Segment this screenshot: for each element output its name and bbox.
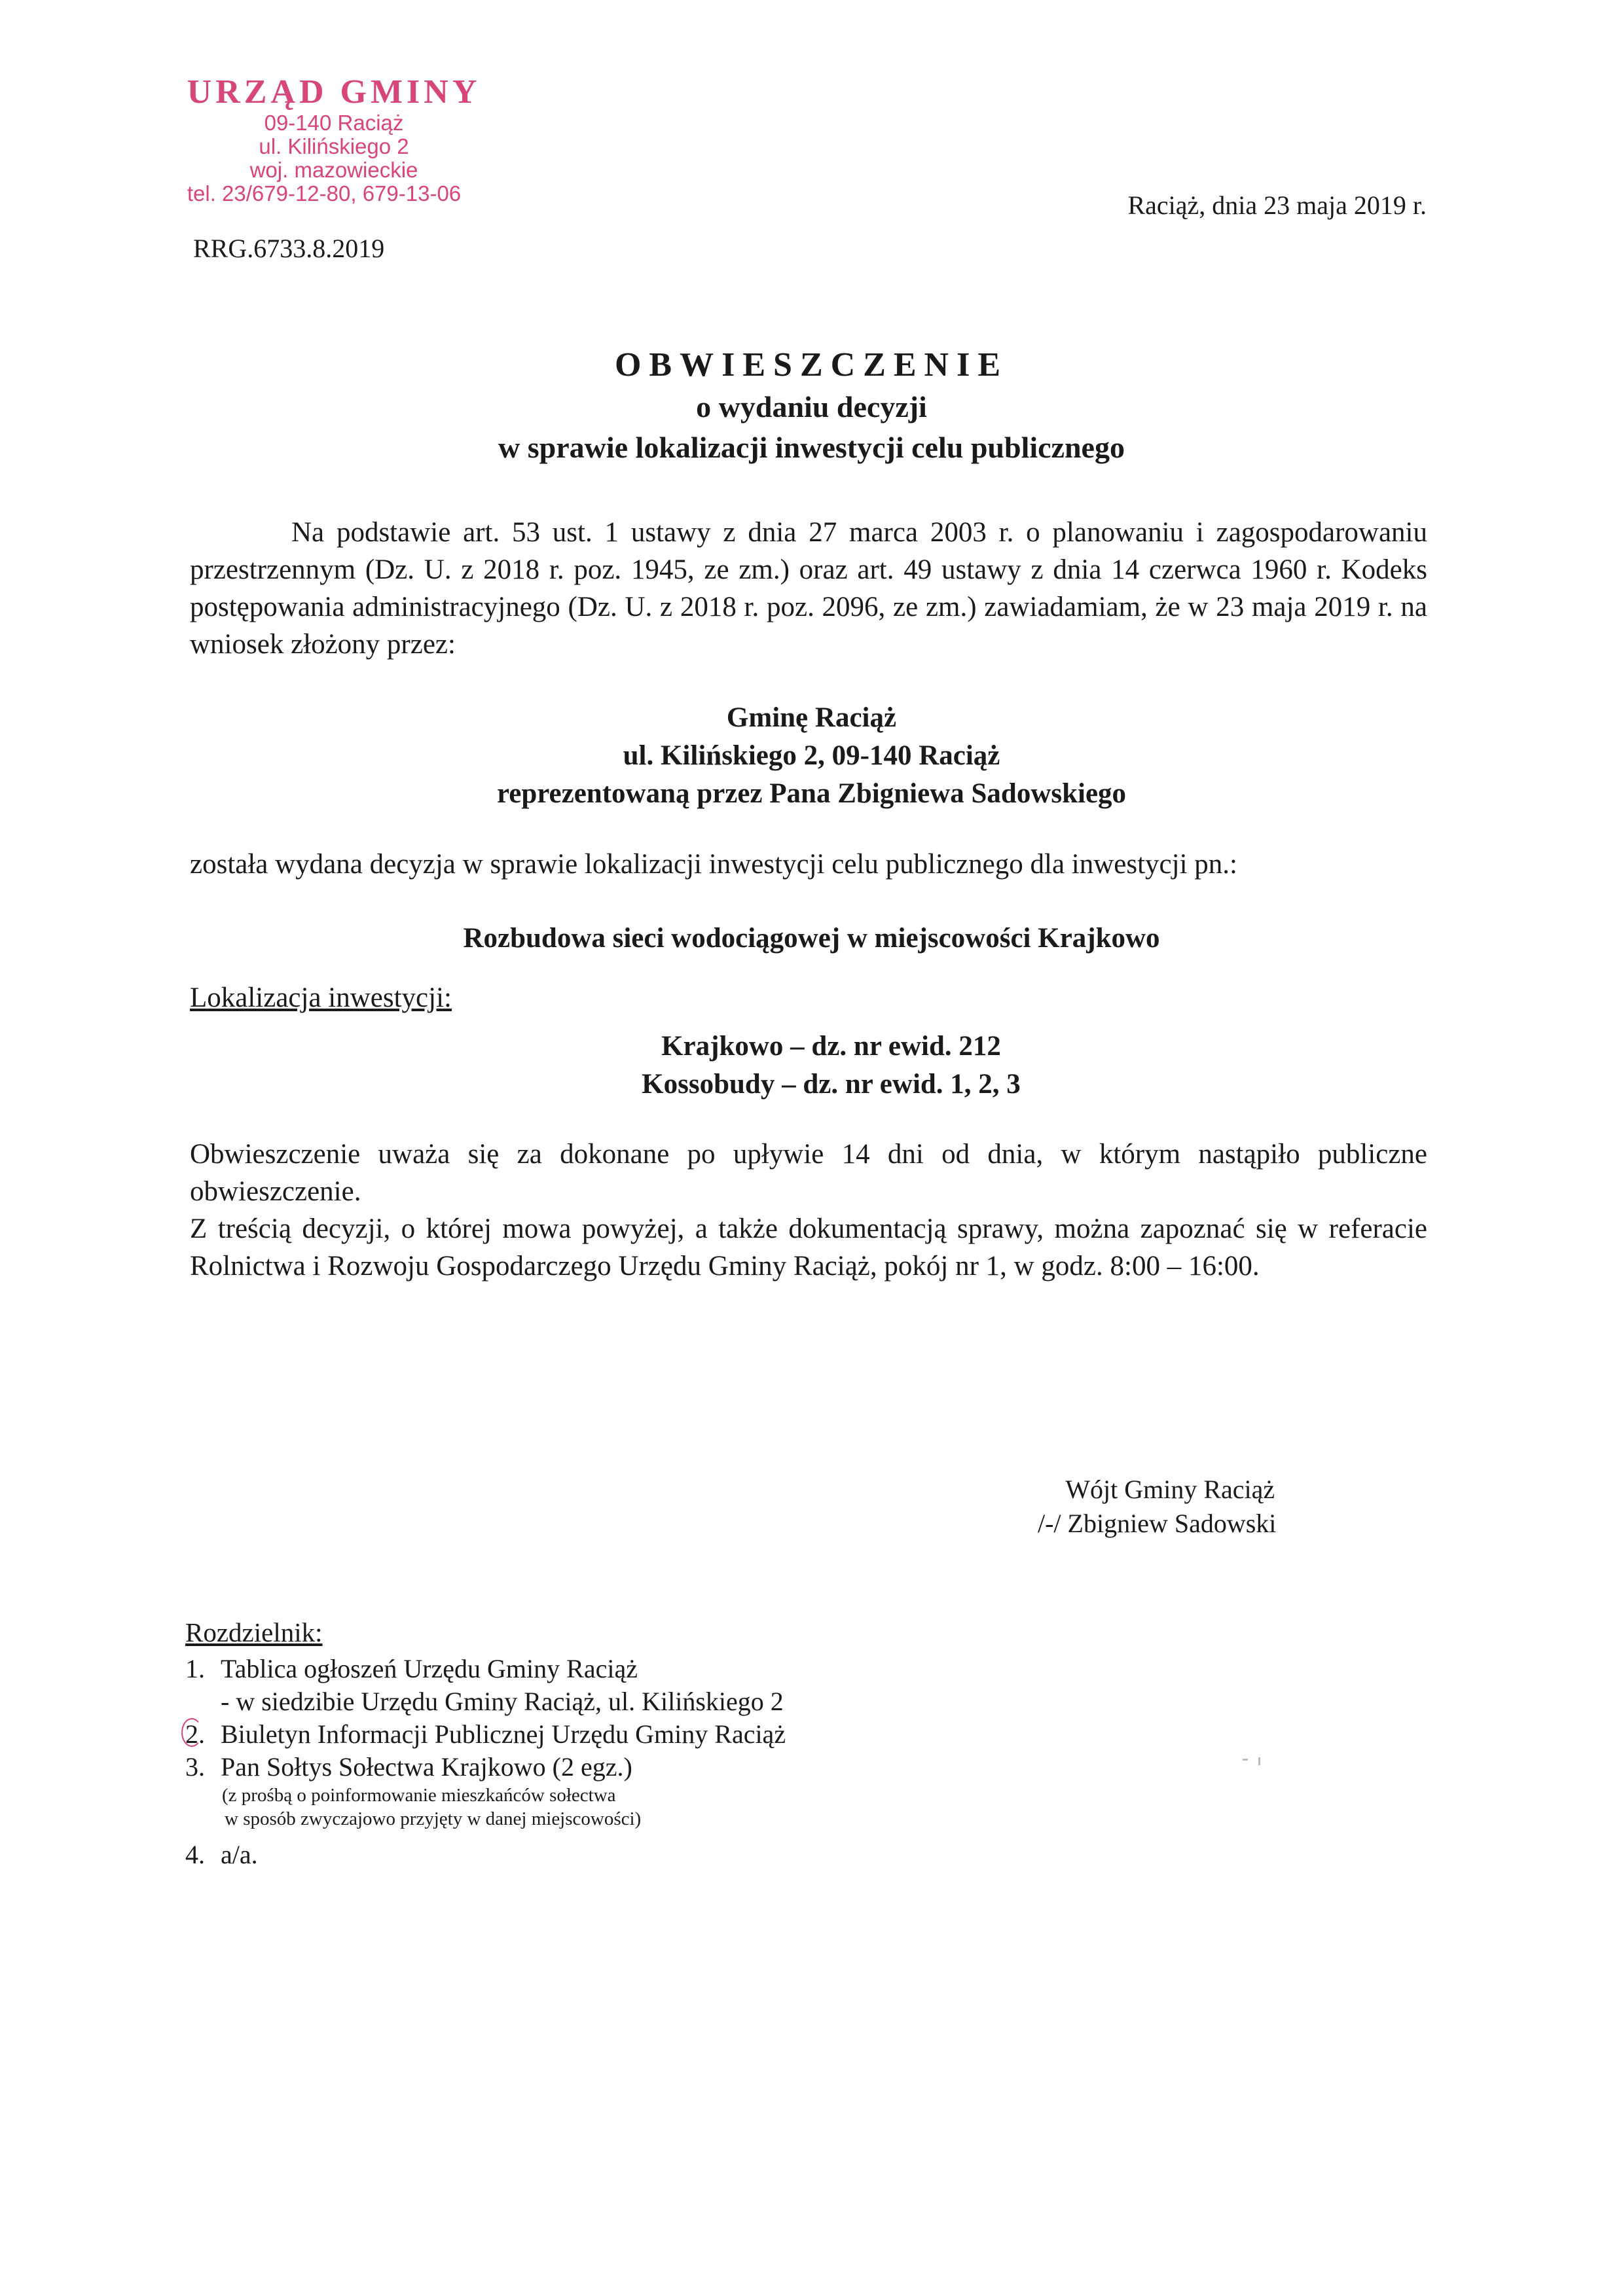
- distribution-item: 4. a/a.: [185, 1839, 786, 1871]
- distribution-item: 2. Biuletyn Informacji Publicznej Urzędu…: [185, 1718, 786, 1751]
- distribution-item-sub: - w siedzibie Urzędu Gminy Raciąż, ul. K…: [185, 1685, 786, 1718]
- distribution-item: 3. Pan Sołtys Sołectwa Krajkowo (2 egz.): [185, 1751, 786, 1784]
- title-subtitle-1: o wydaniu decyzji: [0, 387, 1623, 427]
- intro-paragraph: Na podstawie art. 53 ust. 1 ustawy z dni…: [190, 514, 1427, 663]
- parcel-krajkowo: Krajkowo – dz. nr ewid. 212: [20, 1028, 1623, 1066]
- stamp-title: URZĄD GMINY: [164, 73, 504, 111]
- signature-title: Wójt Gminy Raciąż: [1038, 1473, 1276, 1507]
- applicant-block: Gminę Raciąż ul. Kilińskiego 2, 09-140 R…: [0, 699, 1623, 813]
- location-parcels: Krajkowo – dz. nr ewid. 212 Kossobudy – …: [20, 1028, 1623, 1103]
- handwritten-circle-mark: [181, 1718, 202, 1747]
- title-main: OBWIESZCZENIE: [0, 344, 1623, 387]
- intro-text: Na podstawie art. 53 ust. 1 ustawy z dni…: [190, 514, 1427, 663]
- signature-name: /-/ Zbigniew Sadowski: [1038, 1507, 1276, 1541]
- signature-block: Wójt Gminy Raciąż /-/ Zbigniew Sadowski: [1038, 1473, 1276, 1541]
- distribution-item: 1. Tablica ogłoszeń Urzędu Gminy Raciąż: [185, 1653, 786, 1685]
- title-subtitle-2: w sprawie lokalizacji inwestycji celu pu…: [0, 427, 1623, 468]
- office-stamp: URZĄD GMINY 09-140 Raciąż ul. Kilińskieg…: [164, 73, 504, 206]
- stamp-phone: tel. 23/679-12-80, 679-13-06: [144, 182, 504, 206]
- stamp-street: ul. Kilińskiego 2: [164, 135, 504, 158]
- stamp-voivodeship: woj. mazowieckie: [164, 158, 504, 182]
- applicant-name: Gminę Raciąż: [0, 699, 1623, 737]
- decision-text: została wydana decyzja w sprawie lokaliz…: [190, 846, 1427, 883]
- reference-number: RRG.6733.8.2019: [193, 233, 384, 264]
- applicant-representative: reprezentowaną przez Pana Zbigniewa Sado…: [0, 775, 1623, 813]
- stamp-postal: 09-140 Raciąż: [164, 111, 504, 135]
- distribution-title: Rozdzielnik:: [185, 1617, 323, 1648]
- distribution-note-1: (z prośbą o poinformowanie mieszkańców s…: [185, 1784, 786, 1807]
- distribution-note-2: w sposób zwyczajowo przyjęty w danej mie…: [185, 1807, 786, 1831]
- decision-paragraph: została wydana decyzja w sprawie lokaliz…: [190, 846, 1427, 883]
- location-label: Lokalizacja inwestycji:: [190, 982, 452, 1014]
- applicant-address: ul. Kilińskiego 2, 09-140 Raciąż: [0, 737, 1623, 775]
- scan-speck: [1258, 1757, 1260, 1765]
- place-date: Raciąż, dnia 23 maja 2019 r.: [1127, 190, 1427, 221]
- parcel-kossobudy: Kossobudy – dz. nr ewid. 1, 2, 3: [20, 1066, 1623, 1103]
- investment-name: Rozbudowa sieci wodociągowej w miejscowo…: [0, 920, 1623, 958]
- document-title: OBWIESZCZENIE o wydaniu decyzji w sprawi…: [0, 344, 1623, 468]
- distribution-list: 1. Tablica ogłoszeń Urzędu Gminy Raciąż …: [185, 1653, 786, 1871]
- closing-text-2: Z treścią decyzji, o której mowa powyżej…: [190, 1210, 1427, 1285]
- closing-paragraphs: Obwieszczenie uważa się za dokonane po u…: [190, 1136, 1427, 1285]
- scan-speck: [1243, 1759, 1248, 1761]
- closing-text-1: Obwieszczenie uważa się za dokonane po u…: [190, 1136, 1427, 1210]
